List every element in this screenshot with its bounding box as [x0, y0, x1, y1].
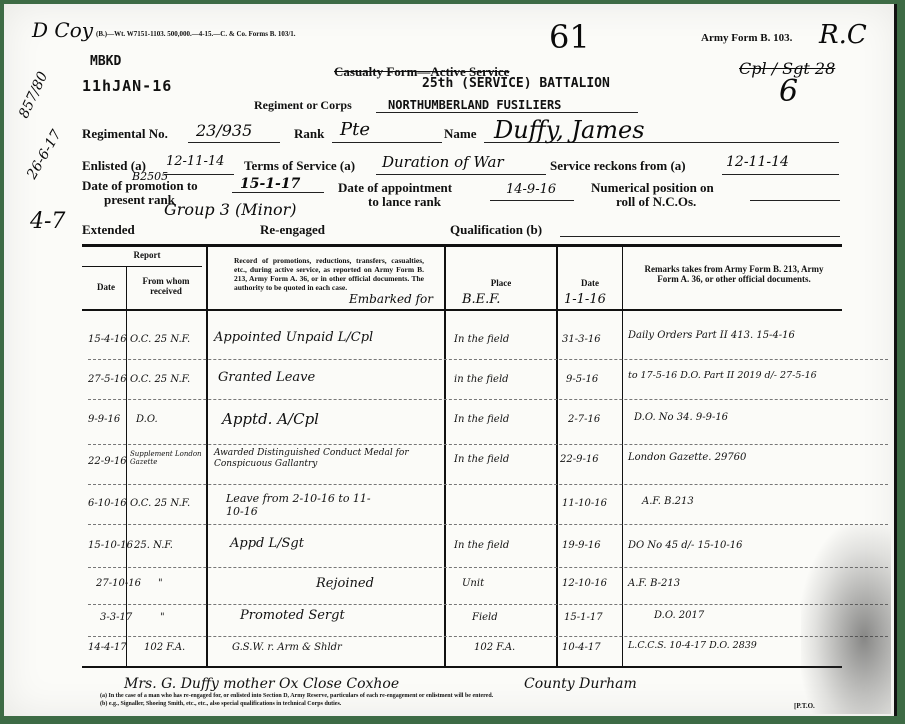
- appointment-label-2: to lance rank: [368, 194, 441, 210]
- numerical-label-2: roll of N.C.Os.: [616, 194, 696, 210]
- row-date: 6-10-16: [88, 498, 127, 509]
- next-of-kin: Mrs. G. Duffy mother Ox Close Coxhoe: [124, 676, 399, 692]
- header-remarks: Remarks takes from Army Form B. 213, Arm…: [634, 264, 834, 284]
- row-date: 3-3-17: [100, 612, 132, 623]
- row-date2: 2-7-16: [568, 414, 600, 425]
- row-place: In the field: [454, 334, 509, 345]
- row-from: 102 F.A.: [144, 642, 185, 653]
- header-record: Record of promotions, reductions, transf…: [234, 256, 424, 292]
- row-date2: 22-9-16: [560, 454, 599, 465]
- row-date2: 9-5-16: [566, 374, 598, 385]
- stain: [801, 524, 891, 714]
- rank-value: Pte: [340, 119, 370, 140]
- row-from: O.C. 25 N.F.: [130, 498, 190, 509]
- row-date: 9-9-16: [88, 414, 120, 425]
- battalion-stamp: 25th (SERVICE) BATTALION: [422, 76, 610, 91]
- row-record: Appointed Unpaid L/Cpl: [214, 330, 373, 345]
- row-date: 27-10-16: [96, 578, 141, 589]
- first-entry-date: 1-1-16: [564, 292, 606, 307]
- footnote-b: (b) e.g., Signaller, Shoeing Smith, etc.…: [100, 701, 341, 707]
- top-right-annotation: R.C: [819, 20, 867, 50]
- row-remarks: A.F. B.213: [642, 496, 694, 507]
- qualification-label: Qualification (b): [450, 222, 542, 238]
- row-date: 22-9-16: [88, 456, 127, 467]
- date-stamp: 11hJAN-16: [82, 77, 172, 95]
- row-remarks: D.O. No 34. 9-9-16: [634, 412, 728, 423]
- regiment-value: NORTHUMBERLAND FUSILIERS: [388, 98, 561, 112]
- margin-note: 4-7: [30, 209, 65, 234]
- row-remarks: London Gazette. 29760: [628, 452, 746, 463]
- row-date2: 12-10-16: [562, 578, 607, 589]
- top-left-annotation: D Coy: [32, 18, 93, 42]
- terms-value: Duration of War: [382, 153, 504, 171]
- row-record: Leave from 2-10-16 to 11-10-16: [226, 492, 376, 518]
- row-record: Rejoined: [316, 576, 374, 591]
- row-remarks: A.F. B-213: [628, 578, 680, 589]
- print-code: (B.)—Wt. W7151-1103. 500,000.—4-15.—C. &…: [96, 30, 296, 38]
- header-from-whom: From whom received: [128, 276, 204, 296]
- name-label: Name: [444, 126, 477, 142]
- row-place: 102 F.A.: [474, 642, 515, 653]
- promotion-value: 15-1-17: [240, 176, 300, 192]
- form-number: Army Form B. 103.: [701, 32, 792, 44]
- header-place: Place: [448, 278, 554, 288]
- row-date2: 11-10-16: [562, 498, 607, 509]
- service-reckons-value: 12-11-14: [726, 154, 789, 170]
- row-record: Granted Leave: [218, 370, 315, 385]
- row-remarks: Daily Orders Part II 413. 15-4-16: [628, 330, 795, 341]
- header-date2: Date: [560, 278, 620, 288]
- row-remarks: DO No 45 d/- 15-10-16: [628, 540, 743, 551]
- extended-label: Extended: [82, 222, 135, 238]
- row-place: Field: [472, 612, 498, 623]
- row-record: Promoted Sergt: [240, 608, 345, 623]
- row-remarks: to 17-5-16 D.O. Part II 2019 d/- 27-5-16: [628, 370, 817, 381]
- row-remarks: D.O. 2017: [654, 610, 704, 621]
- row-from: ": [160, 612, 165, 623]
- row-date: 27-5-16: [88, 374, 127, 385]
- regiment-label: Regiment or Corps: [254, 98, 352, 113]
- appointment-value: 14-9-16: [506, 182, 556, 197]
- row-date2: 10-4-17: [562, 642, 601, 653]
- header-date: Date: [88, 282, 124, 292]
- row-date2: 19-9-16: [562, 540, 601, 551]
- row-place: Unit: [462, 578, 484, 589]
- first-entry-record: Embarked for: [349, 292, 433, 306]
- row-record: Apptd. A/Cpl: [222, 410, 319, 428]
- row-record: Appd L/Sgt: [230, 536, 304, 551]
- row-place: In the field: [454, 454, 509, 465]
- row-place: In the field: [454, 540, 509, 551]
- margin-note: 857/80: [16, 69, 51, 120]
- row-remarks: L.C.C.S. 10-4-17 D.O. 2839: [628, 640, 757, 651]
- row-from: 25. N.F.: [134, 540, 173, 551]
- row-from: Supplement London Gazette: [130, 450, 204, 466]
- enlisted-value: 12-11-14: [166, 154, 224, 169]
- reengaged-label: Re-engaged: [260, 222, 325, 238]
- row-from: O.C. 25 N.F.: [130, 374, 190, 385]
- top-right-number: 6: [779, 74, 798, 109]
- row-record: G.S.W. r. Arm & Shldr: [232, 642, 342, 653]
- row-from: O.C. 25 N.F.: [130, 334, 190, 345]
- mbkd-stamp: MBKD: [90, 54, 121, 69]
- header-report: Report: [122, 250, 172, 260]
- county: County Durham: [524, 676, 637, 692]
- row-place: in the field: [454, 374, 509, 385]
- service-reckons-label: Service reckons from (a): [550, 158, 686, 174]
- name-value: Duffy, James: [494, 116, 645, 144]
- row-date2: 31-3-16: [562, 334, 601, 345]
- row-place: In the field: [454, 414, 509, 425]
- terms-label: Terms of Service (a): [244, 158, 355, 174]
- extended-annotation: Group 3 (Minor): [164, 200, 297, 219]
- regimental-no-label: Regimental No.: [82, 126, 168, 142]
- regimental-no-value: 23/935: [196, 121, 252, 140]
- row-from: ": [158, 578, 163, 589]
- row-record: Awarded Distinguished Conduct Medal for …: [214, 448, 442, 470]
- row-date: 14-4-17: [88, 642, 127, 653]
- row-date: 15-10-16: [88, 540, 133, 551]
- margin-note: 26-6-17: [24, 127, 65, 182]
- casualty-form-document: D Coy (B.)—Wt. W7151-1103. 500,000.—4-15…: [4, 4, 897, 716]
- footnote-a: (a) In the case of a man who has re-enga…: [100, 693, 493, 699]
- row-from: D.O.: [136, 414, 158, 425]
- folio-number: 61: [549, 18, 590, 56]
- row-date2: 15-1-17: [564, 612, 603, 623]
- rank-label: Rank: [294, 126, 324, 142]
- row-date: 15-4-16: [88, 334, 127, 345]
- first-entry-place: B.E.F.: [462, 292, 500, 307]
